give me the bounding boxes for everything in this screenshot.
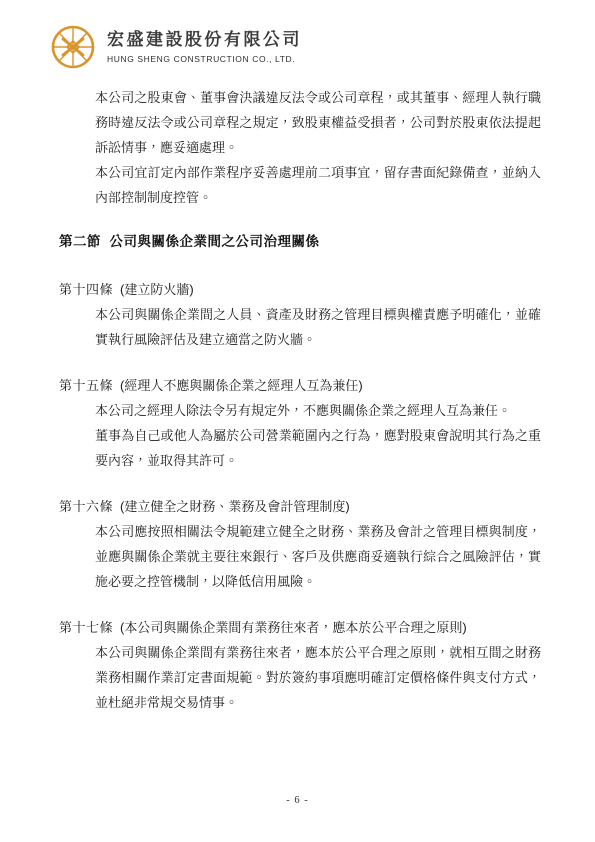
article-body: 本公司應按照相關法令規範建立健全之財務、業務及會計之管理目標與制度，並應與關係企… [95, 519, 541, 594]
article-title: 第十七條(本公司與關係企業間有業務往來者，應本於公平合理之原則) [59, 615, 541, 640]
article-title: 第十六條(建立健全之財務、業務及會計管理制度) [59, 494, 541, 519]
article-14: 第十四條(建立防火牆) 本公司與關係企業間之人員、資產及財務之管理目標與權責應予… [59, 277, 541, 352]
article-body: 本公司之經理人除法令另有規定外，不應與關係企業之經理人互為兼任。 董事為自己或他… [95, 398, 541, 473]
company-name-zh: 宏盛建設股份有限公司 [107, 29, 302, 51]
article-caption: (建立健全之財務、業務及會計管理制度) [120, 499, 350, 514]
article-title: 第十四條(建立防火牆) [59, 277, 541, 302]
section-heading: 第二節 公司與關係企業間之公司治理關係 [59, 229, 541, 254]
article-number: 第十七條 [59, 620, 113, 635]
article-caption: (經理人不應與關係企業之經理人互為兼任) [120, 378, 363, 393]
intro-block: 本公司之股東會、董事會決議違反法令或公司章程，或其董事、經理人執行職務時違反法令… [95, 85, 541, 210]
intro-paragraph: 本公司宜訂定內部作業程序妥善處理前二項事宜，留存書面紀錄備查，並納入內部控制制度… [95, 160, 541, 210]
article-number: 第十五條 [59, 378, 113, 393]
article-body: 本公司與關係企業間之人員、資產及財務之管理目標與權責應予明確化，並確實執行風險評… [95, 302, 541, 352]
article-caption: (建立防火牆) [120, 282, 194, 297]
article-number: 第十四條 [59, 282, 113, 297]
article-caption: (本公司與關係企業間有業務往來者，應本於公平合理之原則) [120, 620, 467, 635]
company-name-en: HUNG SHENG CONSTRUCTION CO., LTD. [107, 53, 302, 65]
article-number: 第十六條 [59, 499, 113, 514]
company-logo-icon [47, 21, 99, 73]
article-paragraph: 本公司之經理人除法令另有規定外，不應與關係企業之經理人互為兼任。 [95, 398, 541, 423]
article-16: 第十六條(建立健全之財務、業務及會計管理制度) 本公司應按照相關法令規範建立健全… [59, 494, 541, 594]
article-paragraph: 董事為自己或他人為屬於公司營業範圍內之行為，應對股東會說明其行為之重要內容，並取… [95, 423, 541, 473]
document-page: 宏盛建設股份有限公司 HUNG SHENG CONSTRUCTION CO., … [0, 0, 595, 842]
intro-paragraph: 本公司之股東會、董事會決議違反法令或公司章程，或其董事、經理人執行職務時違反法令… [95, 85, 541, 160]
page-header: 宏盛建設股份有限公司 HUNG SHENG CONSTRUCTION CO., … [47, 21, 302, 73]
page-number: - 6 - [0, 795, 595, 806]
document-body: 本公司之股東會、董事會決議違反法令或公司章程，或其董事、經理人執行職務時違反法令… [59, 85, 541, 715]
article-17: 第十七條(本公司與關係企業間有業務往來者，應本於公平合理之原則) 本公司與關係企… [59, 615, 541, 715]
article-paragraph: 本公司與關係企業間有業務往來者，應本於公平合理之原則，就相互間之財務業務相關作業… [95, 640, 541, 715]
article-body: 本公司與關係企業間有業務往來者，應本於公平合理之原則，就相互間之財務業務相關作業… [95, 640, 541, 715]
article-15: 第十五條(經理人不應與關係企業之經理人互為兼任) 本公司之經理人除法令另有規定外… [59, 373, 541, 473]
article-paragraph: 本公司應按照相關法令規範建立健全之財務、業務及會計之管理目標與制度，並應與關係企… [95, 519, 541, 594]
article-paragraph: 本公司與關係企業間之人員、資產及財務之管理目標與權責應予明確化，並確實執行風險評… [95, 302, 541, 352]
company-names: 宏盛建設股份有限公司 HUNG SHENG CONSTRUCTION CO., … [107, 29, 302, 65]
article-title: 第十五條(經理人不應與關係企業之經理人互為兼任) [59, 373, 541, 398]
